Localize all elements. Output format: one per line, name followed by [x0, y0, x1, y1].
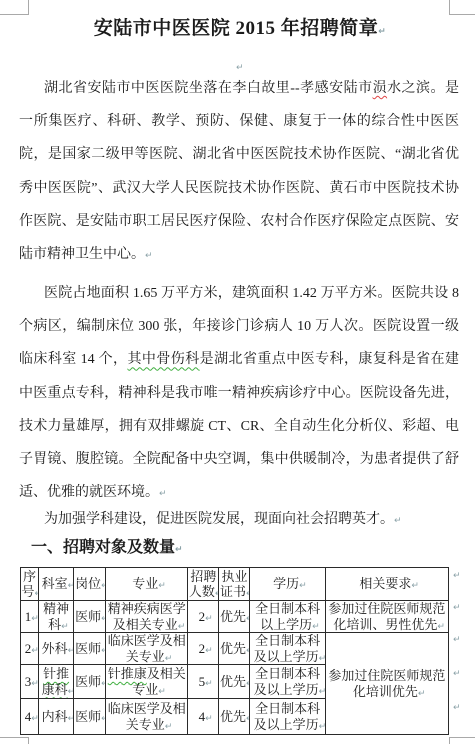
- spellcheck-flagged-text: 涢: [373, 81, 388, 96]
- paragraph-mark-icon: ↵: [101, 679, 104, 689]
- paragraph-mark-icon: ↵: [319, 654, 322, 664]
- paragraph-mark-icon: ↵: [205, 679, 208, 689]
- paragraph-mark-icon: ↵: [145, 251, 148, 261]
- text-run: 医师: [75, 674, 101, 689]
- table-header-row: 序号↵科室↵岗位↵专业↵招聘人数↵执业证书↵学历↵相关要求↵: [21, 568, 449, 601]
- paragraph-mark-icon: ↵: [101, 581, 104, 591]
- text-run: 临床医学及相关专业: [108, 633, 186, 664]
- paragraph-mark-icon: ↵: [158, 581, 161, 591]
- text-run: 全日制本科及以上学历: [254, 666, 321, 697]
- table-cell: 2↵: [21, 633, 39, 665]
- paragraph-mark-icon: ↵: [246, 679, 249, 689]
- table-cell: 针推康及相关专业↵: [106, 665, 188, 699]
- paragraph-mark-icon: ↵: [215, 589, 218, 599]
- text-run: 临床医学及相关专业: [108, 701, 186, 732]
- text-run: 水之滨。是一所集医疗、科研、教学、预防、保健、康复于一体的综合性中医医院，是国家…: [19, 81, 459, 262]
- table-header-cell: 执业证书↵: [219, 568, 250, 601]
- paragraph-mark-icon: ↵: [35, 589, 38, 599]
- paragraph-mark-icon: ↵: [68, 687, 71, 697]
- paragraph-mark-icon: ↵: [165, 722, 168, 732]
- text-run: 医师: [75, 609, 101, 624]
- table-cell: 3↵: [21, 665, 39, 699]
- table-cell: 4↵: [21, 699, 39, 735]
- text-run: 为加强学科建设，促进医院发展，现面向社会招聘英才。: [44, 512, 394, 527]
- paragraph-mark-icon: ↵: [437, 622, 440, 632]
- table-cell: 2↵: [188, 633, 219, 665]
- table-header-cell: 学历↵: [250, 568, 325, 601]
- text-run: 医师: [75, 641, 101, 656]
- table-cell: 4↵: [188, 699, 219, 735]
- section-heading: 一、招聘对象及数量↵: [31, 536, 178, 560]
- paragraph-mark-icon: ↵: [205, 714, 208, 724]
- paragraph-mark-icon: ↵: [68, 646, 71, 656]
- paragraph-mark-icon: ↵: [378, 27, 381, 37]
- table-cell: 优先↵: [219, 699, 250, 735]
- table-header-cell: 科室↵: [39, 568, 74, 601]
- table-cell: 全日制本科及以上学历↵: [250, 633, 325, 665]
- text-run: 医师: [75, 709, 101, 724]
- paragraph-hospital-intro: 湖北省安陆市中医医院坐落在李白故里--孝感安陆市涢水之滨。是一所集医疗、科研、教…: [19, 72, 459, 271]
- paragraph-mark-icon: ↵: [246, 646, 249, 656]
- paragraph-mark-icon: ↵: [61, 622, 64, 632]
- paragraph-mark-icon: ↵: [101, 614, 104, 624]
- grammar-flagged-text: 针推康: [108, 666, 147, 681]
- paragraph-mark-icon: ↵: [159, 489, 162, 499]
- paragraph-mark-icon: ↵: [319, 722, 322, 732]
- table-header-text: 学历: [273, 576, 299, 591]
- row-end-mark-icon: ↵: [453, 635, 461, 645]
- table-cell: 外科↵: [39, 633, 74, 665]
- table-cell: 内科↵: [39, 699, 74, 735]
- paragraph-mark-icon: ↵: [101, 714, 104, 724]
- document-page: 安陆市中医医院 2015 年招聘简章↵ ↵ 湖北省安陆市中医医院坐落在李白故里-…: [0, 0, 475, 744]
- paragraph-mark-icon: ↵: [411, 581, 414, 591]
- paragraph-mark-icon: ↵: [31, 614, 34, 624]
- paragraph-mark-icon: ↵: [175, 545, 178, 555]
- row-end-mark-icon: ↵: [453, 669, 461, 679]
- paragraph-mark-icon: ↵: [299, 581, 302, 591]
- table-header-text: 专业: [132, 576, 158, 591]
- table-cell: 优先↵: [219, 601, 250, 633]
- paragraph-hospital-facilities: 医院占地面积 1.65 万平方米，建筑面积 1.42 万平方米。医院共设 8 个…: [19, 277, 459, 509]
- paragraph-mark-icon: ↵: [31, 679, 34, 689]
- section-heading-text: 一、招聘对象及数量: [31, 539, 175, 556]
- paragraph-mark-icon: ↵: [394, 516, 397, 526]
- paragraph-mark-icon: ↵: [68, 714, 71, 724]
- paragraph-mark-icon: ↵: [312, 622, 315, 632]
- text-run: 精神疾病医学及相关专业: [108, 601, 186, 632]
- paragraph-mark-icon: ↵: [246, 714, 249, 724]
- paragraph-mark-icon: ↵: [158, 687, 161, 697]
- table-cell: 全日制本科及以上学历↵: [250, 665, 325, 699]
- row-end-mark-icon: ↵: [453, 571, 461, 581]
- table-row: 1↵精神科↵医师↵精神疾病医学及相关专业↵2↵优先↵全日制本科以上学历↵参加过住…: [21, 601, 449, 633]
- text-run: 内科: [42, 709, 68, 724]
- text-run: 参加过住院医师规范化培训优先: [328, 668, 445, 699]
- paragraph-recruitment-intro: 为加强学科建设，促进医院发展，现面向社会招聘英才。↵: [19, 503, 459, 536]
- table-header-cell: 岗位↵: [74, 568, 106, 601]
- table-cell: 优先↵: [219, 633, 250, 665]
- page-corner-mark: [449, 737, 475, 744]
- table-header-text: 岗位: [75, 576, 101, 591]
- paragraph-mark-icon: ↵: [165, 654, 168, 664]
- paragraph-mark-icon: ↵: [31, 646, 34, 656]
- paragraph-mark-icon: ↵: [319, 687, 322, 697]
- text-run: 湖北省安陆市中医医院坐落在李白故里--孝感安陆市: [44, 81, 373, 96]
- table-cell: 2↵: [188, 601, 219, 633]
- table-cell-requirement: 参加过住院医师规范化培训、男性优先↵: [325, 601, 448, 633]
- table-row: 2↵外科↵医师↵临床医学及相关专业↵2↵优先↵全日制本科及以上学历↵参加过住院医…: [21, 633, 449, 665]
- text-run: 全日制本科以上学历: [255, 601, 320, 632]
- text-run: 外科: [42, 641, 68, 656]
- text-run: 优先: [220, 709, 246, 724]
- paragraph-mark-icon: ↵: [68, 581, 71, 591]
- table-header-text: 科室: [42, 576, 68, 591]
- table-header-cell: 专业↵: [106, 568, 188, 601]
- text-run: 全日制本科及以上学历: [254, 701, 321, 732]
- paragraph-mark-icon: ↵: [418, 689, 421, 699]
- document-title: 安陆市中医医院 2015 年招聘简章↵: [0, 14, 475, 44]
- paragraph-mark-icon: ↵: [31, 714, 34, 724]
- row-end-mark-icon: ↵: [453, 603, 461, 613]
- text-run: 参加过住院医师规范化培训、男性优先: [328, 601, 445, 632]
- text-run: 全日制本科及以上学历: [254, 633, 321, 664]
- table-cell: 优先↵: [219, 665, 250, 699]
- table-cell: 针推康科↵: [39, 665, 74, 699]
- paragraph-mark-icon: ↵: [178, 622, 181, 632]
- table-header-cell: 相关要求↵: [325, 568, 448, 601]
- table-cell: 医师↵: [74, 633, 106, 665]
- table-header-text: 招聘人数: [189, 569, 217, 600]
- text-run: 优先: [220, 674, 246, 689]
- grammar-flagged-text: 针推康科: [42, 666, 70, 697]
- table-cell: 精神疾病医学及相关专业↵: [106, 601, 188, 633]
- document-title-text: 安陆市中医医院 2015 年招聘简章: [94, 18, 379, 39]
- table-cell: 医师↵: [74, 665, 106, 699]
- page-corner-mark: [0, 0, 29, 15]
- table-header-text: 相关要求: [359, 576, 411, 591]
- paragraph-mark-icon: ↵: [246, 614, 249, 624]
- table-header-text: 执业证书: [220, 569, 248, 600]
- text-run: 优先: [220, 609, 246, 624]
- table-cell: 5↵: [188, 665, 219, 699]
- page-corner-mark: [449, 0, 475, 15]
- recruitment-table: 序号↵科室↵岗位↵专业↵招聘人数↵执业证书↵学历↵相关要求↵1↵精神科↵医师↵精…: [20, 567, 449, 735]
- table-cell: 医师↵: [74, 601, 106, 633]
- text-run: 优先: [220, 641, 246, 656]
- table-cell: 临床医学及相关专业↵: [106, 633, 188, 665]
- grammar-flagged-text: 其中骨伤科: [127, 352, 199, 367]
- table-header-cell: 招聘人数↵: [188, 568, 219, 601]
- row-end-mark-icon: ↵: [453, 703, 461, 713]
- text-run: 是湖北省重点中医专科，康复科是省在建中医重点专科，精神科是我市唯一精神疾病诊疗中…: [19, 352, 459, 500]
- table-cell: 全日制本科以上学历↵: [250, 601, 325, 633]
- table-cell: 全日制本科及以上学历↵: [250, 699, 325, 735]
- paragraph-mark-icon: ↵: [205, 646, 208, 656]
- table-cell: 精神科↵: [39, 601, 74, 633]
- table-cell: 医师↵: [74, 699, 106, 735]
- table-cell-requirement: 参加过住院医师规范化培训优先↵: [325, 633, 448, 735]
- paragraph-mark-icon: ↵: [246, 589, 249, 599]
- table-cell: 临床医学及相关专业↵: [106, 699, 188, 735]
- paragraph-mark-icon: ↵: [205, 614, 208, 624]
- table-header-cell: 序号↵: [21, 568, 39, 601]
- page-corner-mark: [0, 737, 29, 744]
- table-cell: 1↵: [21, 601, 39, 633]
- paragraph-mark-icon: ↵: [101, 646, 104, 656]
